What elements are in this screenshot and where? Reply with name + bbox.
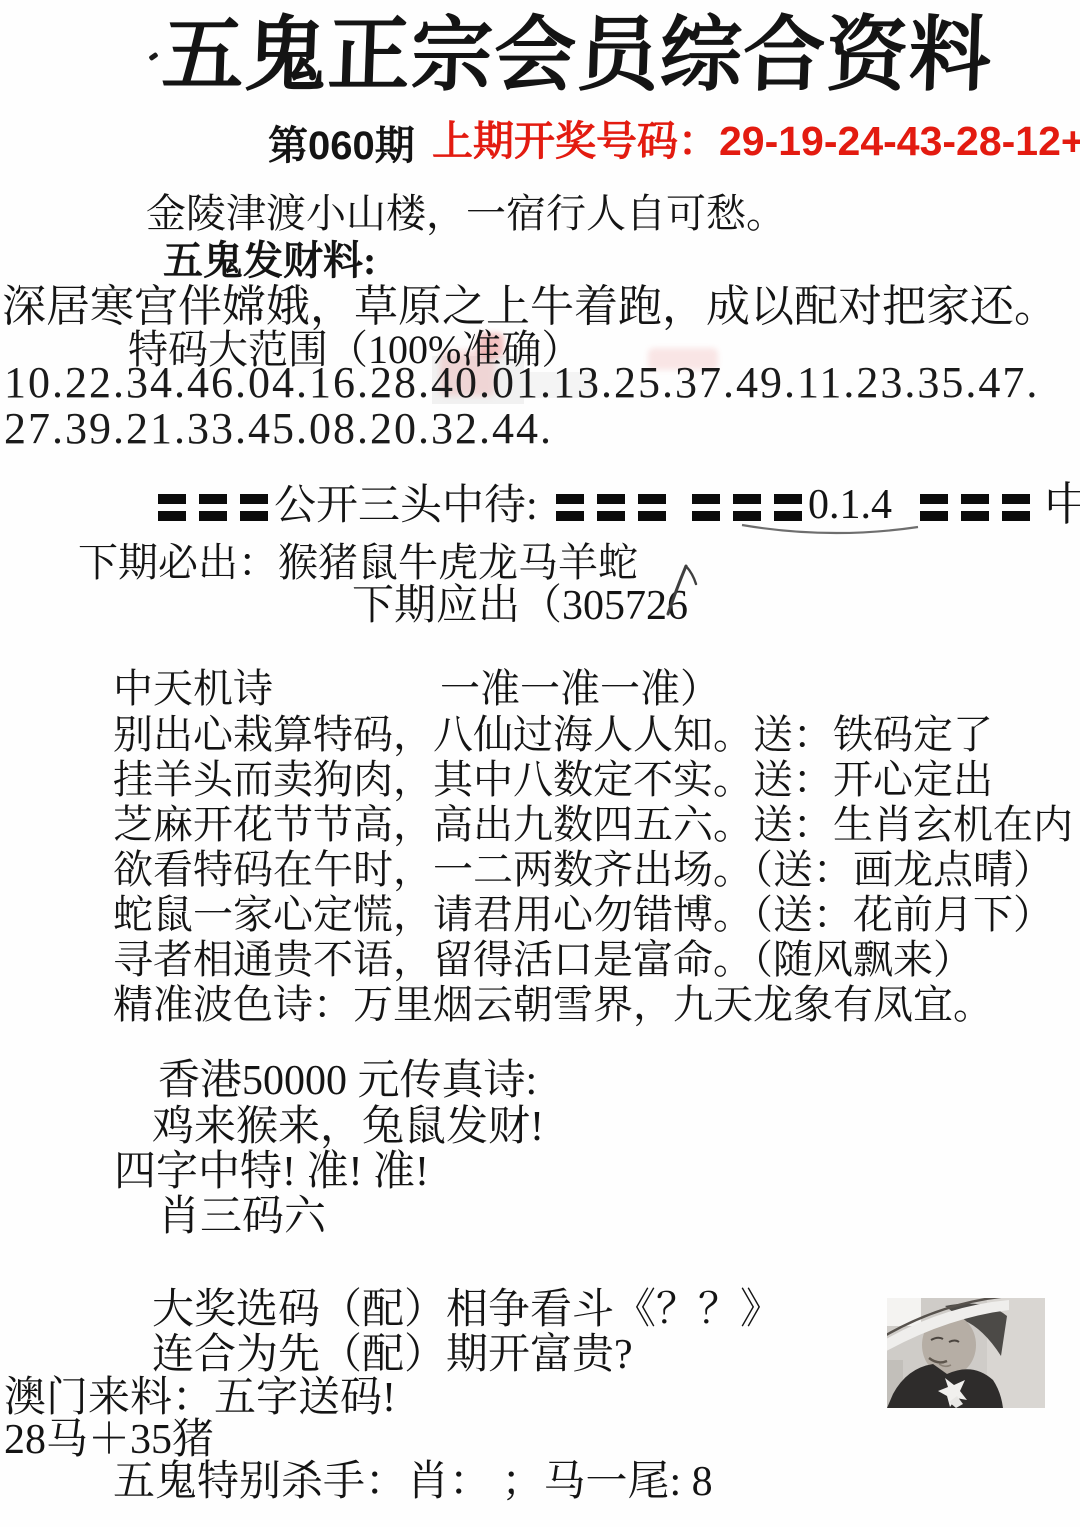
title-stray-mark bbox=[148, 52, 158, 61]
tianji-poem-line: 芝麻开花节节高，高出九数四五六。送：生肖玄机在内 bbox=[113, 803, 1073, 847]
lottery-info-sheet: 五鬼正宗会员综合资料 第060期 上期开奖号码：29-19-24-43-28-1… bbox=[0, 0, 1080, 1527]
tianji-poem-line: 挂羊头而卖狗肉，其中八数定不实。送：开心定出 bbox=[113, 758, 993, 802]
bottom-line: 28马＋35猪 bbox=[4, 1417, 214, 1463]
handwritten-caret-icon bbox=[662, 560, 702, 618]
next-should-line: 下期应出（305726 bbox=[352, 583, 688, 629]
fax-title: 香港50000 元传真诗: bbox=[158, 1058, 537, 1104]
fortune-riddle: 深居寒宫伴嫦娥，草原之上牛着跑，成以配对把家还。 bbox=[2, 283, 1058, 331]
trigram-blocks-icon bbox=[920, 494, 1030, 521]
tianji-title-note: 一准一准一准） bbox=[440, 667, 720, 711]
fax-line: 鸡来猴来，兔鼠发财! bbox=[152, 1104, 544, 1150]
tianji-poem-line: 别出心栽算特码，八仙过海人人知。送：铁码定了 bbox=[113, 713, 993, 757]
trigram-blocks-icon bbox=[556, 494, 666, 521]
number-row: 27.39.21.33.45.08.20.32.44. bbox=[4, 405, 553, 453]
fax-line: 肖三码六 bbox=[158, 1194, 326, 1240]
last-draw-numbers: 上期开奖号码：29-19-24-43-28-12+10 bbox=[432, 119, 1080, 164]
opening-poem: 金陵津渡小山楼，一宿行人自可愁。 bbox=[146, 192, 786, 236]
fax-line: 四字中特! 准! 准! bbox=[114, 1149, 429, 1195]
tianji-poem-line: 精准波色诗：万里烟云朝雪界，九天龙象有凤宜。 bbox=[113, 983, 993, 1027]
bottom-line: 连合为先（配）期开富贵? bbox=[152, 1332, 633, 1378]
fortune-label: 五鬼发财料: bbox=[163, 239, 376, 283]
tianji-poem-line: 寻者相通贵不语，留得活口是富命。（随风飘来） bbox=[113, 938, 973, 982]
trigram-blocks-icon bbox=[158, 494, 268, 521]
bottom-line: 五鬼特别杀手：肖： ；马一尾: 8 bbox=[113, 1459, 713, 1505]
trigram-suffix: 中 bbox=[1044, 480, 1080, 531]
page-title: 五鬼正宗会员综合资料 bbox=[160, 10, 993, 100]
bottom-line: 大奖选码（配）相争看斗《？？》 bbox=[152, 1287, 782, 1333]
trigram-blocks-icon bbox=[692, 494, 802, 521]
underline-arc-icon bbox=[740, 522, 920, 540]
tianji-poem-line: 蛇鼠一家心定慌，请君用心勿错博。（送：花前月下） bbox=[113, 893, 1053, 937]
issue-number: 第060期 bbox=[268, 124, 415, 168]
trigram-label: 公开三头中待: bbox=[274, 483, 538, 529]
portrait-photo bbox=[887, 1298, 1045, 1408]
tianji-poem-line: 欲看特码在午时，一二两数齐出场。（送：画龙点晴） bbox=[113, 848, 1053, 892]
bottom-line: 澳门来料：五字送码! bbox=[4, 1375, 396, 1421]
number-row: 10.22.34.46.04.16.28.40.01.13.25.37.49.1… bbox=[4, 359, 1039, 407]
tianji-title: 中天机诗 bbox=[113, 667, 273, 711]
next-must-line: 下期必出：猴猪鼠牛虎龙马羊蛇 bbox=[78, 541, 638, 585]
